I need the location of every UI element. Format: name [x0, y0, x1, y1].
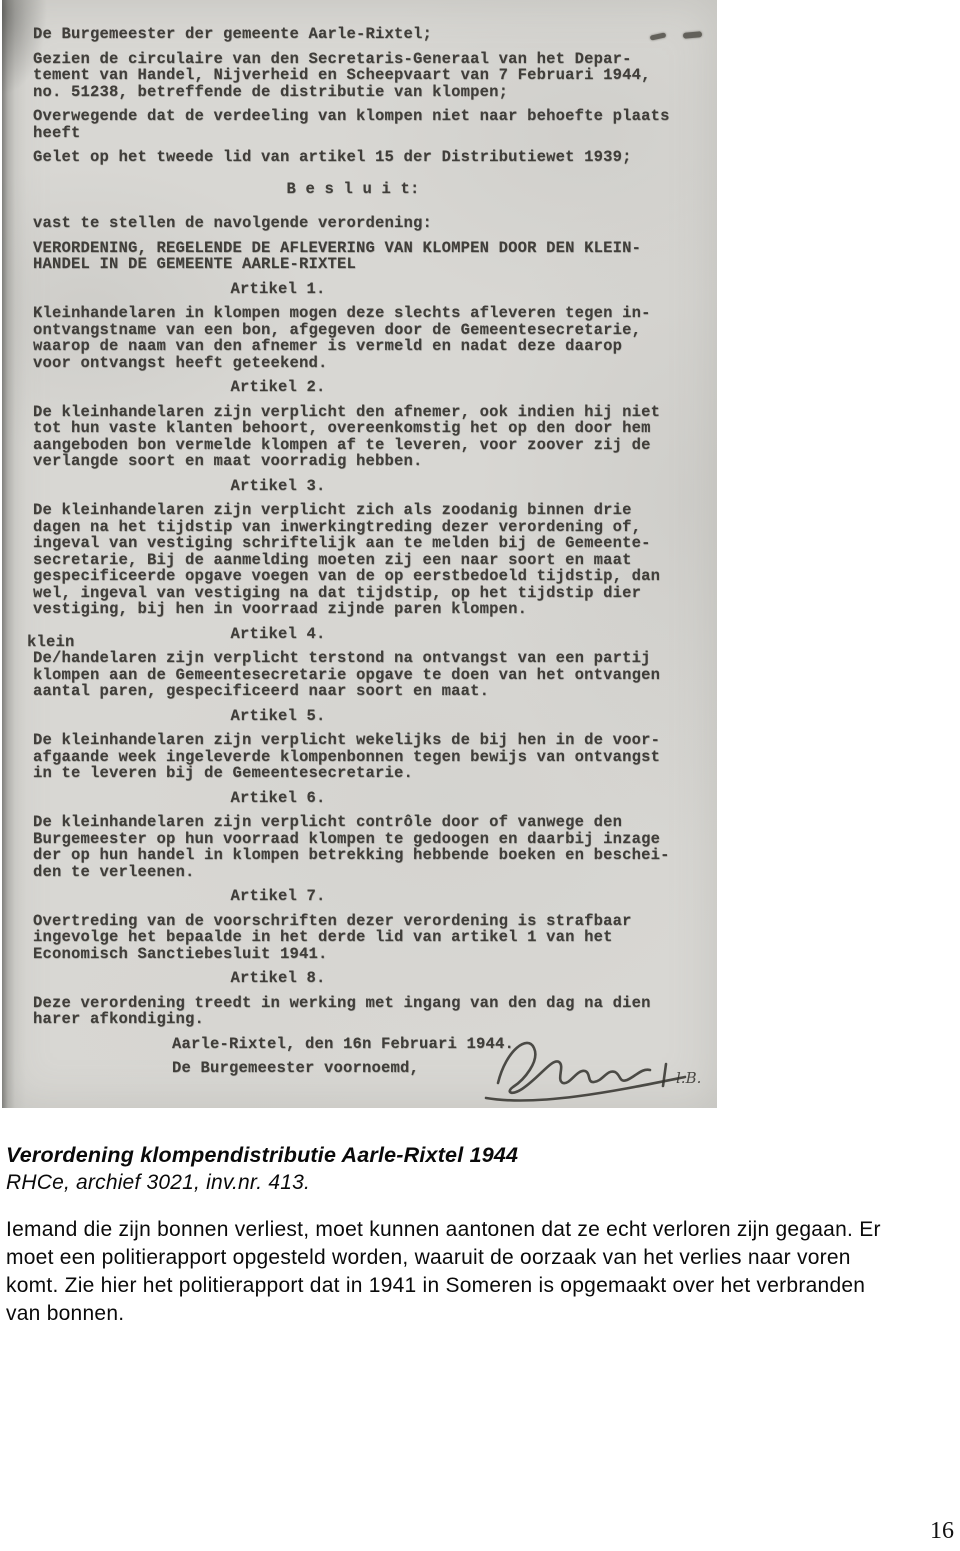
doc-line: afgaande week ingeleverde klompenbonnen …	[33, 749, 679, 766]
doc-line: ingeval van vestiging schriftelijk aan t…	[33, 535, 679, 552]
doc-line: Artikel 3.	[33, 478, 523, 495]
doc-line: waarop de naam van den afnemer is vermel…	[33, 338, 679, 355]
doc-line: Artikel 2.	[33, 379, 523, 396]
doc-line: B e s l u i t:	[33, 181, 673, 198]
typewritten-text: De Burgemeester der gemeente Aarle-Rixte…	[2, 0, 717, 1108]
doc-line: Artikel 4.	[33, 626, 523, 643]
artikel-8-text: Deze verordening treedt in werking met i…	[33, 995, 679, 1028]
doc-line: Economisch Sanctiebesluit 1941.	[33, 946, 679, 963]
doc-line: Artikel 8.	[33, 970, 523, 987]
doc-line: in te leveren bij de Gemeentesecretarie.	[33, 765, 679, 782]
artikel-7-text: Overtreding van de voorschriften dezer v…	[33, 913, 679, 963]
doc-line: dagen na het tijdstip van inwerkingtredi…	[33, 519, 679, 536]
caption-line: van bonnen.	[6, 1300, 954, 1328]
doc-line: De kleinhandelaren zijn verplicht den af…	[33, 404, 679, 421]
artikel-5-text: De kleinhandelaren zijn verplicht wekeli…	[33, 732, 679, 782]
doc-line: Burgemeester op hun voorraad klompen te …	[33, 831, 679, 848]
doc-line: harer afkondiging.	[33, 1011, 679, 1028]
doc-line: Artikel 6.	[33, 790, 523, 807]
artikel-8-heading: Artikel 8.	[33, 970, 523, 987]
artikel-3-text: De kleinhandelaren zijn verplicht zich a…	[33, 502, 679, 618]
doc-line: Gelet op het tweede lid van artikel 15 d…	[33, 149, 679, 166]
doc-line: De/handelaren zijn verplicht terstond na…	[33, 650, 679, 667]
doc-line: Overtreding van de voorschriften dezer v…	[33, 913, 679, 930]
doc-line: gespecificeerde opgave voegen van de op …	[33, 568, 679, 585]
caption-source: RHCe, archief 3021, inv.nr. 413.	[6, 1168, 310, 1198]
artikel-6-heading: Artikel 6.	[33, 790, 523, 807]
doc-line: ingevolge het bepaalde in het derde lid …	[33, 929, 679, 946]
preamble-gelet: Gelet op het tweede lid van artikel 15 d…	[33, 149, 679, 166]
preamble-gezien: Gezien de circulaire van den Secretaris-…	[33, 51, 679, 101]
doc-line: vast te stellen de navolgende verordenin…	[33, 215, 679, 232]
caption-line: Iemand die zijn bonnen verliest, moet ku…	[6, 1216, 954, 1244]
doc-line: verlangde soort en maat voorradig hebben…	[33, 453, 679, 470]
doc-line: Artikel 5.	[33, 708, 523, 725]
signature-scrawl: l.B.	[480, 1028, 715, 1108]
artikel-2-text: De kleinhandelaren zijn verplicht den af…	[33, 404, 679, 470]
doc-line: Gezien de circulaire van den Secretaris-…	[33, 51, 679, 68]
doc-line: Artikel 7.	[33, 888, 523, 905]
doc-line: HANDEL IN DE GEMEENTE AARLE-RIXTEL	[33, 256, 679, 273]
caption-title: Verordening klompendistributie Aarle-Rix…	[6, 1140, 518, 1170]
doc-line: ontvangstname van een bon, afgegeven doo…	[33, 322, 679, 339]
caption-line: komt. Zie hier het politierapport dat in…	[6, 1272, 954, 1300]
margin-note: klein	[27, 633, 75, 651]
artikel-1-heading: Artikel 1.	[33, 281, 523, 298]
verordening-title: VERORDENING, REGELENDE DE AFLEVERING VAN…	[33, 240, 679, 273]
doc-line: Deze verordening treedt in werking met i…	[33, 995, 679, 1012]
artikel-4-text: De/handelaren zijn verplicht terstond na…	[33, 650, 679, 700]
besluit-heading: B e s l u i t:	[33, 181, 673, 198]
doc-line: De kleinhandelaren zijn verplicht contrô…	[33, 814, 679, 831]
caption-line: moet een politierapport opgesteld worden…	[6, 1244, 954, 1272]
doc-line: secretarie, Bij de aanmelding moeten zij…	[33, 552, 679, 569]
doc-line: aangeboden bon vermelde klompen af te le…	[33, 437, 679, 454]
doc-line: De kleinhandelaren zijn verplicht zich a…	[33, 502, 679, 519]
preamble-overwegende: Overwegende dat de verdeeling van klompe…	[33, 108, 679, 141]
doc-line: klompen aan de Gemeentesecretarie opgave…	[33, 667, 679, 684]
doc-line: voor ontvangst heeft geteekend.	[33, 355, 679, 372]
doc-line: tement van Handel, Nijverheid en Scheepv…	[33, 67, 679, 84]
doc-line: der op hun handel in klompen betrekking …	[33, 847, 679, 864]
doc-line: VERORDENING, REGELENDE DE AFLEVERING VAN…	[33, 240, 679, 257]
pdf-page: De Burgemeester der gemeente Aarle-Rixte…	[0, 0, 960, 1551]
doc-line: no. 51238, betreffende de distributie va…	[33, 84, 679, 101]
artikel-2-heading: Artikel 2.	[33, 379, 523, 396]
artikel-6-text: De kleinhandelaren zijn verplicht contrô…	[33, 814, 679, 880]
signature-initials: l.B.	[676, 1069, 701, 1087]
artikel-5-heading: Artikel 5.	[33, 708, 523, 725]
doc-line: den te verleenen.	[33, 864, 679, 881]
salutation: De Burgemeester der gemeente Aarle-Rixte…	[33, 26, 679, 43]
artikel-7-heading: Artikel 7.	[33, 888, 523, 905]
artikel-4-heading: kleinArtikel 4.	[33, 626, 523, 643]
doc-line: wel, ingeval van vestiging na dat tijdst…	[33, 585, 679, 602]
doc-line: tot hun vaste klanten behoort, overeenko…	[33, 420, 679, 437]
artikel-1-text: Kleinhandelaren in klompen mogen deze sl…	[33, 305, 679, 371]
doc-line: Kleinhandelaren in klompen mogen deze sl…	[33, 305, 679, 322]
page-number: 16	[930, 1518, 954, 1545]
doc-line: Overwegende dat de verdeeling van klompe…	[33, 108, 679, 125]
doc-line: aantal paren, gespecificeerd naar soort …	[33, 683, 679, 700]
caption-body: Iemand die zijn bonnen verliest, moet ku…	[6, 1216, 954, 1328]
artikel-3-heading: Artikel 3.	[33, 478, 523, 495]
doc-line: De kleinhandelaren zijn verplicht wekeli…	[33, 732, 679, 749]
doc-line: vestiging, bij hen in voorraad zijnde pa…	[33, 601, 679, 618]
scanned-document: De Burgemeester der gemeente Aarle-Rixte…	[2, 0, 717, 1108]
doc-line: heeft	[33, 125, 679, 142]
doc-line: De Burgemeester der gemeente Aarle-Rixte…	[33, 26, 679, 43]
vaststelling: vast te stellen de navolgende verordenin…	[33, 215, 679, 232]
doc-line: Artikel 1.	[33, 281, 523, 298]
